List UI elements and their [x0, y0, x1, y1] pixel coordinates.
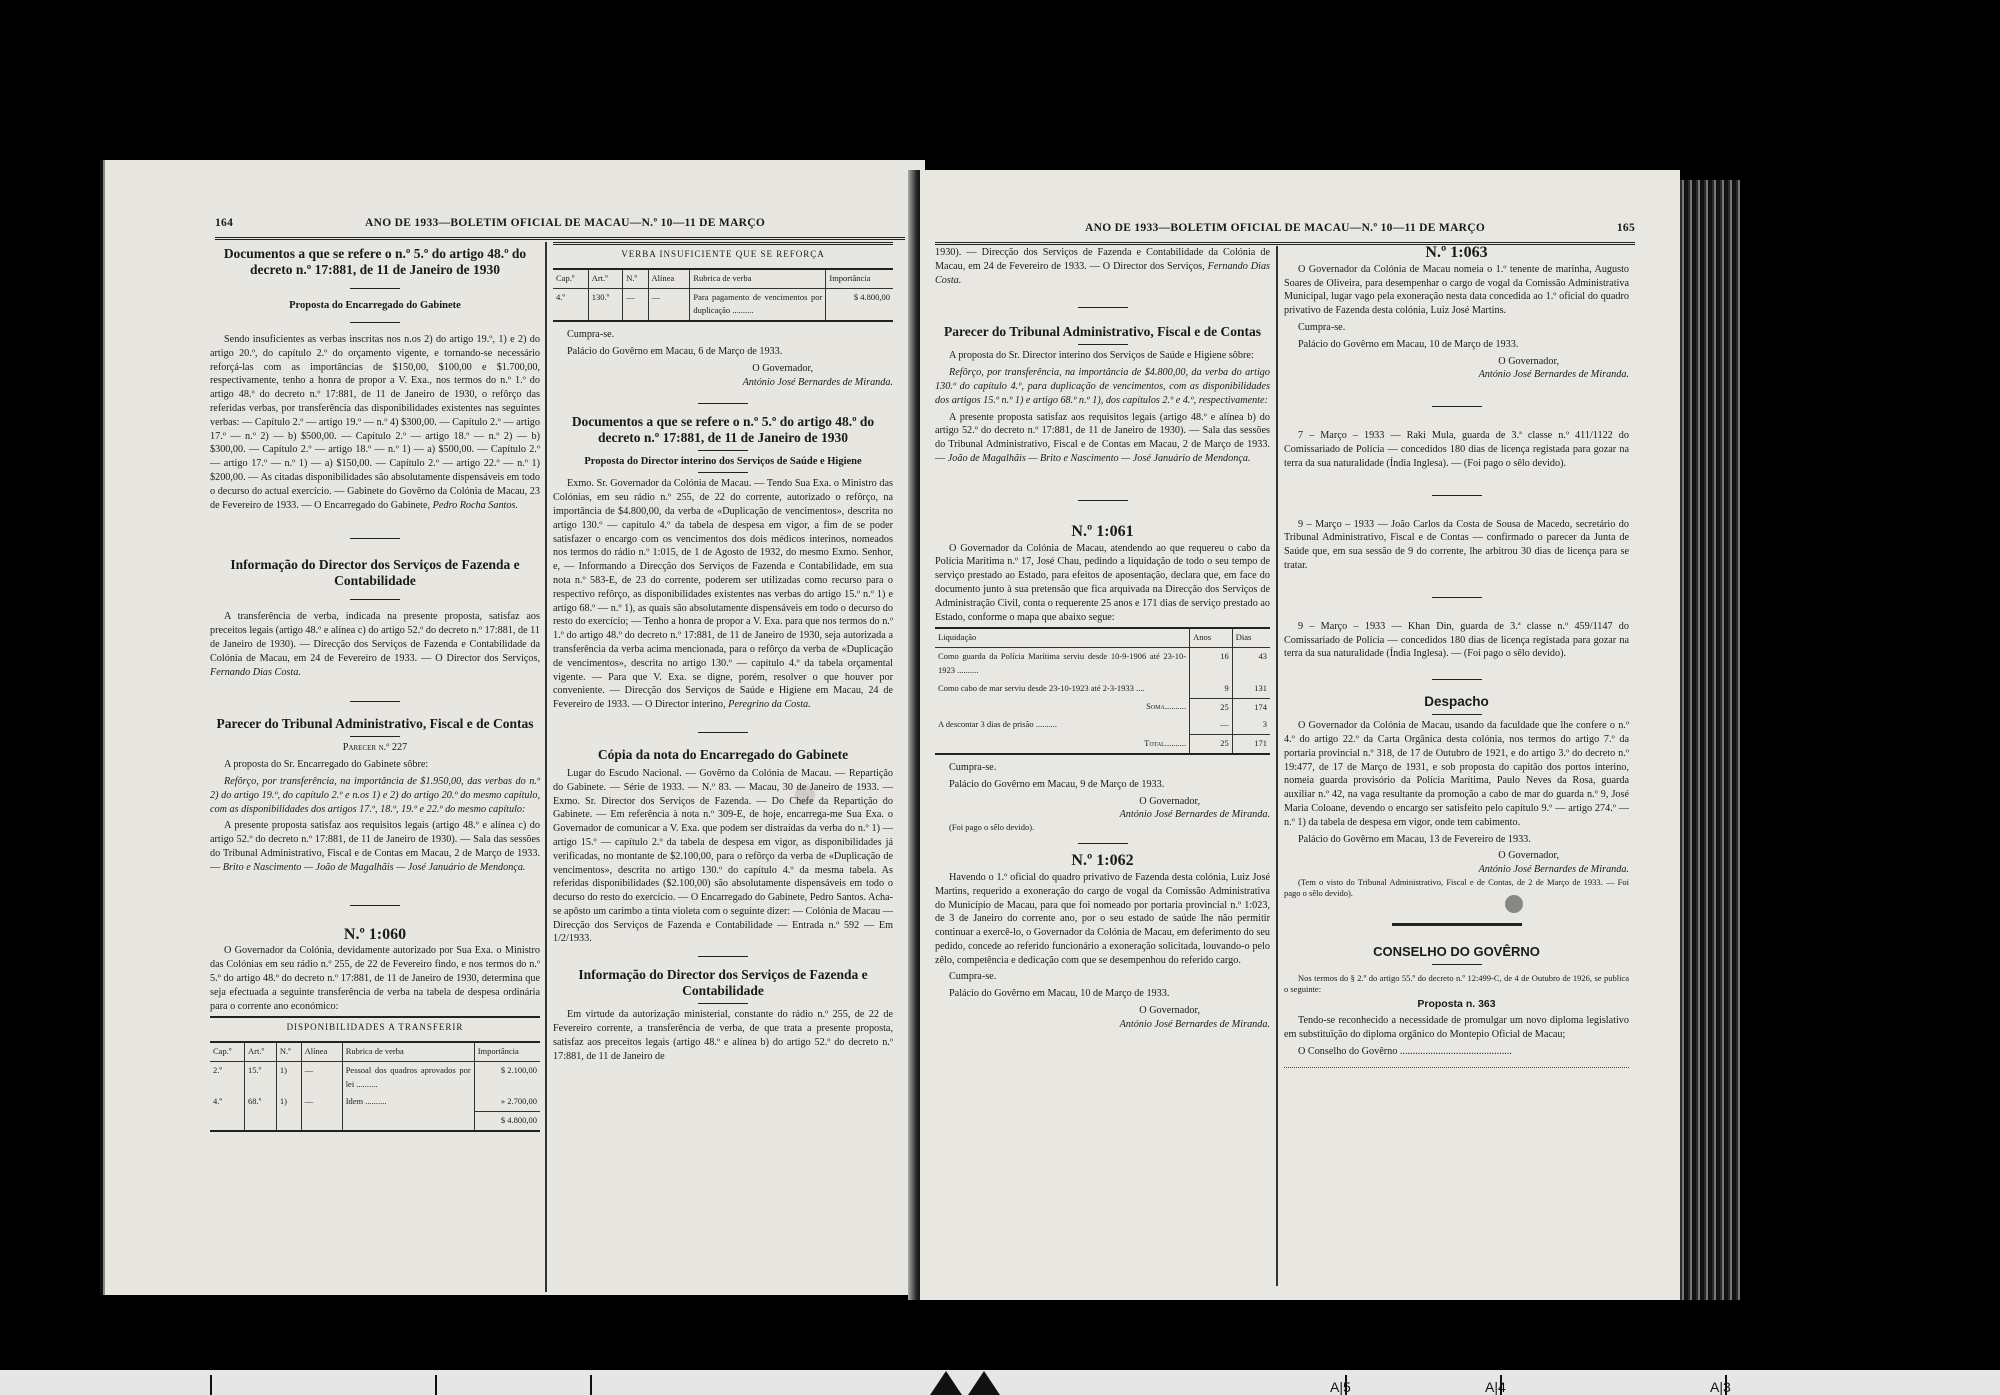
paragraph: O Governador da Colónia de Macau, atende…: [935, 542, 1270, 625]
paragraph: O Governador da Colónia, devidamente aut…: [210, 944, 540, 1013]
palacio-date: Palácio do Govêrno em Macau, 9 de Março …: [935, 778, 1270, 792]
section-title: Proposta do Director interino dos Serviç…: [553, 455, 893, 468]
doc-title: Documentos a que se refere o n.º 5.º do …: [210, 246, 540, 278]
signature-block: O Governador, António José Bernardes de …: [553, 362, 893, 390]
table-total-row: Total.......... 25 171: [935, 735, 1270, 754]
divider: [698, 472, 748, 473]
divider: [1078, 307, 1128, 308]
table-caption: DISPONIBILIDADES A TRANSFERIR: [210, 1016, 540, 1038]
divider: [698, 956, 748, 957]
section-title: Proposta do Encarregado do Gabinete: [210, 299, 540, 312]
cumpra-se: Cumpra-se.: [935, 970, 1270, 984]
divider: [1432, 406, 1482, 407]
section-title: CONSELHO DO GOVÊRNO: [1284, 944, 1629, 960]
doc-title: Documentos a que se refere o n.º 5.º do …: [553, 414, 893, 446]
signature-block: O Governador, António José Bernardes de …: [1284, 355, 1629, 383]
signature-block: O Governador, António José Bernardes de …: [935, 1004, 1270, 1032]
table-row: Como guarda da Polícia Marítima serviu d…: [935, 648, 1270, 680]
dotted-line: [1284, 1061, 1629, 1068]
section-title: Despacho: [1284, 694, 1629, 710]
cumpra-se: Cumpra-se.: [935, 761, 1270, 775]
left-column-2: VERBA INSUFICIENTE QUE SE REFORÇA Cap.º …: [553, 242, 893, 1066]
divider: [1078, 843, 1128, 844]
right-page-edge: [1680, 180, 1740, 1300]
paragraph: Exmo. Sr. Governador da Colónia de Macau…: [553, 477, 893, 712]
divider: [1078, 344, 1128, 345]
divider: [350, 905, 400, 906]
palacio-date: Palácio do Govêrno em Macau, 10 de Março…: [1284, 338, 1629, 352]
list-item: 9 – Março – 1933 — João Carlos da Costa …: [1284, 518, 1629, 573]
divider: [350, 288, 400, 289]
column-rule: [1276, 246, 1278, 1286]
right-column-2: N.º 1:063 O Governador da Colónia de Mac…: [1284, 246, 1629, 1071]
header-title: ANO DE 1933—BOLETIM OFICIAL DE MACAU—N.º…: [1085, 222, 1485, 234]
frame-label: A|5: [1330, 1379, 1351, 1395]
page-header: 164 ANO DE 1933—BOLETIM OFICIAL DE MACAU…: [215, 215, 905, 240]
cumpra-se: Cumpra-se.: [1284, 321, 1629, 335]
frame-label: A|3: [1710, 1379, 1731, 1395]
divider: [1432, 679, 1482, 680]
section-title: Informação do Director dos Serviços de F…: [553, 967, 893, 999]
table-caption: VERBA INSUFICIENTE QUE SE REFORÇA: [553, 242, 893, 265]
divider: [1432, 495, 1482, 496]
ruler-tick: [590, 1375, 592, 1395]
paragraph: A proposta do Sr. Director interino dos …: [935, 349, 1270, 363]
divider: [1078, 500, 1128, 501]
table-row: Como cabo de mar serviu desde 23-10-1923…: [935, 680, 1270, 698]
decree-number: N.º 1:062: [935, 854, 1270, 868]
visto-note: (Tem o visto do Tribunal Administrativo,…: [1284, 877, 1629, 899]
decree-number: N.º 1:061: [935, 525, 1270, 539]
divider: [1432, 597, 1482, 598]
liquidation-table: Liquidação Anos Dias Como guarda da Polí…: [935, 627, 1270, 755]
decree-number: N.º 1:060: [210, 928, 540, 942]
paragraph: O Governador da Colónia de Macau, usando…: [1284, 719, 1629, 829]
divider: [1432, 714, 1482, 715]
frame-label: A|4: [1485, 1379, 1506, 1395]
paragraph: Havendo o 1.º oficial do quadro privativ…: [935, 871, 1270, 968]
right-column-1: 1930). — Direcção dos Serviços de Fazend…: [935, 246, 1270, 1032]
ink-stain: [795, 785, 815, 805]
section-title: Informação do Director dos Serviços de F…: [210, 557, 540, 589]
ink-stain: [1505, 895, 1523, 913]
divider: [1432, 964, 1482, 965]
parecer-number: Parecer n.º 227: [210, 741, 540, 755]
paragraph: Lugar do Escudo Nacional. — Govêrno da C…: [553, 767, 893, 946]
list-item: 7 – Março – 1933 — Raki Mula, guarda de …: [1284, 429, 1629, 470]
table-row: 2.º 15.º 1) — Pessoal dos quadros aprova…: [210, 1061, 540, 1093]
divider: [350, 599, 400, 600]
table-total-row: $ 4.800,00: [210, 1112, 540, 1131]
list-item: 9 – Março – 1933 — Khan Din, guarda de 3…: [1284, 620, 1629, 661]
paragraph: Nos termos do § 2.º do artigo 55.º do de…: [1284, 973, 1629, 995]
page-number: 165: [1617, 222, 1635, 234]
left-page: 164 ANO DE 1933—BOLETIM OFICIAL DE MACAU…: [105, 160, 925, 1295]
table-row: 4.º 130.º — — Para pagamento de vencimen…: [553, 288, 893, 321]
paragraph: Refôrço, por transferência, na importânc…: [935, 366, 1270, 407]
reinforce-table: Cap.º Art.º N.º Alínea Rubrica de verba …: [553, 268, 893, 322]
decree-number: N.º 1:063: [1284, 246, 1629, 260]
divider: [350, 322, 400, 323]
signature-block: O Governador, António José Bernardes de …: [935, 795, 1270, 823]
ruler-tick: [210, 1375, 212, 1395]
paragraph: A presente proposta satisfaz aos requisi…: [935, 411, 1270, 466]
paragraph: A transferência de verba, indicada na pr…: [210, 610, 540, 679]
left-column-1: Documentos a que se refere o n.º 5.º do …: [210, 242, 540, 1135]
table-row: A descontar 3 dias de prisão .......... …: [935, 716, 1270, 734]
paragraph: Em virtude da autorização ministerial, c…: [553, 1008, 893, 1063]
page-header: ANO DE 1933—BOLETIM OFICIAL DE MACAU—N.º…: [935, 220, 1635, 245]
selo-note: (Foi pago o sêlo devido).: [935, 822, 1270, 833]
paragraph: O Conselho do Govêrno ..................…: [1284, 1045, 1629, 1059]
divider: [350, 538, 400, 539]
section-title: Cópia da nota do Encarregado do Gabinete: [553, 747, 893, 763]
alignment-arrow-icon: [930, 1371, 962, 1395]
paragraph: 1930). — Direcção dos Serviços de Fazend…: [935, 246, 1270, 287]
divider: [698, 450, 748, 451]
transfer-table: Cap.º Art.º N.º Alínea Rubrica de verba …: [210, 1041, 540, 1132]
cumpra-se: Cumpra-se.: [553, 328, 893, 342]
paragraph: Sendo insuficientes as verbas inscritas …: [210, 333, 540, 512]
divider: [698, 732, 748, 733]
divider: [350, 701, 400, 702]
section-title: Parecer do Tribunal Administrativo, Fisc…: [935, 324, 1270, 340]
palacio-date: Palácio do Govêrno em Macau, 6 de Março …: [553, 345, 893, 359]
paragraph: A presente proposta satisfaz aos requisi…: [210, 819, 540, 874]
page-number: 164: [215, 217, 233, 229]
table-soma-row: Soma.......... 25 174: [935, 698, 1270, 716]
paragraph: A proposta do Sr. Encarregado do Gabinet…: [210, 758, 540, 772]
palacio-date: Palácio do Govêrno em Macau, 13 de Fever…: [1284, 833, 1629, 847]
alignment-arrow-icon: [968, 1371, 1000, 1395]
divider: [350, 736, 400, 737]
signature-block: O Governador, António José Bernardes de …: [1284, 849, 1629, 877]
section-title: Parecer do Tribunal Administrativo, Fisc…: [210, 716, 540, 732]
divider: [698, 1003, 748, 1004]
proposta-title: Proposta n. 363: [1284, 998, 1629, 1011]
divider: [698, 403, 748, 404]
paragraph: Refôrço, por transferência, na importânc…: [210, 775, 540, 816]
ruler-tick: [435, 1375, 437, 1395]
paragraph: Tendo-se reconhecido a necessidade de pr…: [1284, 1014, 1629, 1042]
table-row: 4.º 68.º 1) — Idem .......... » 2.700,00: [210, 1093, 540, 1111]
column-rule: [545, 242, 547, 1292]
right-page: ANO DE 1933—BOLETIM OFICIAL DE MACAU—N.º…: [920, 170, 1680, 1300]
paragraph: O Governador da Colónia de Macau nomeia …: [1284, 263, 1629, 318]
header-title: ANO DE 1933—BOLETIM OFICIAL DE MACAU—N.º…: [365, 217, 765, 229]
film-strip-ruler: A|5 A|4 A|3: [0, 1370, 2000, 1395]
divider: [1392, 923, 1522, 926]
palacio-date: Palácio do Govêrno em Macau, 10 de Março…: [935, 987, 1270, 1001]
